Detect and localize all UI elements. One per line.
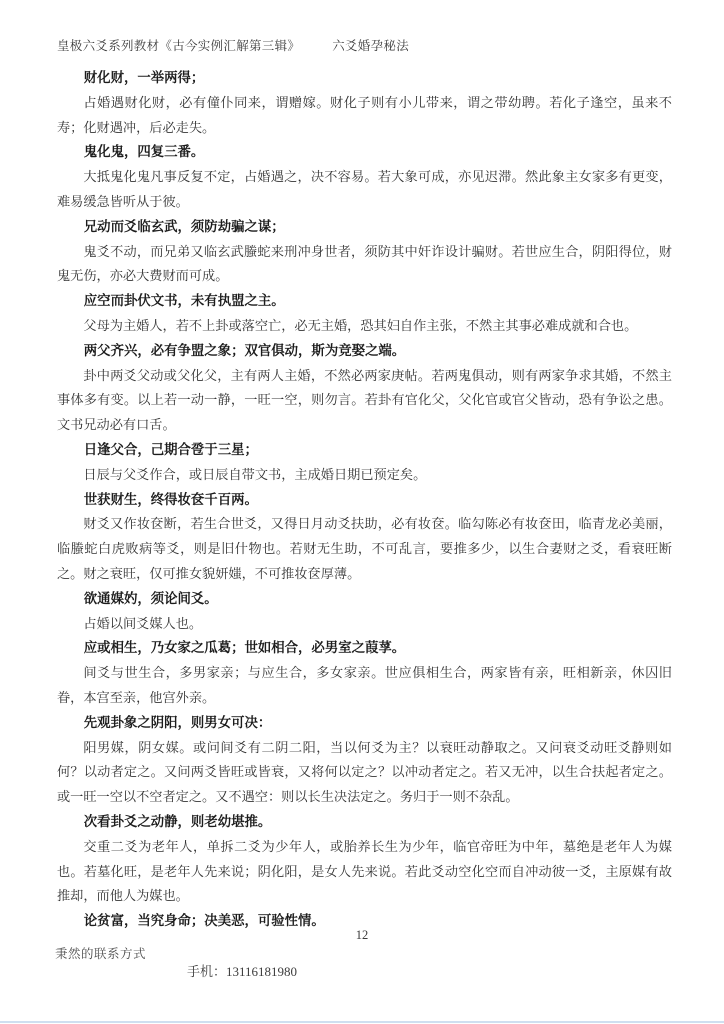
section: 应空而卦伏文书，未有执盟之主。 父母为主婚人，若不上卦或落空亡，必无主婚，恐其妇… <box>57 289 672 339</box>
phone-number: 手机：13116181980 <box>187 961 297 980</box>
section: 世获财生，终得妆奁千百两。 财爻又作妆奁断，若生合世爻，又得日月动爻扶助，必有妆… <box>57 488 672 587</box>
section-paragraph: 日辰与父爻作合，或日辰自带文书，主成婚日期已预定矣。 <box>57 463 672 488</box>
section-heading: 应或相生，乃女家之瓜葛；世如相合，必男室之葭莩。 <box>57 636 672 661</box>
section-heading: 次看卦爻之动静，则老幼堪推。 <box>57 810 672 835</box>
section-paragraph: 间爻与世生合，多男家亲；与应生合，多女家亲。世应俱相生合，两家皆有亲，旺相新亲，… <box>57 661 672 711</box>
section: 欲通媒妁，须论间爻。 占婚以间爻媒人也。 <box>57 587 672 637</box>
section-paragraph: 占婚遇财化财，必有僮仆同来，谓赠嫁。财化子则有小儿带来，谓之带幼聘。若化子逢空，… <box>57 91 672 141</box>
section-heading: 欲通媒妁，须论间爻。 <box>57 587 672 612</box>
section-paragraph: 财爻又作妆奁断，若生合世爻，又得日月动爻扶助，必有妆奁。临勾陈必有妆奁田，临青龙… <box>57 512 672 586</box>
section: 次看卦爻之动静，则老幼堪推。 交重二爻为老年人，单拆二爻为少年人，或胎养长生为少… <box>57 810 672 909</box>
section-heading: 世获财生，终得妆奁千百两。 <box>57 488 672 513</box>
section-paragraph: 父母为主婚人，若不上卦或落空亡，必无主婚，恐其妇自作主张，不然主其事必难成就和合… <box>57 314 672 339</box>
section-heading: 财化财，一举两得； <box>57 66 672 91</box>
section-paragraph: 卦中两爻父动或父化父，主有两人主婚，不然必两家庚帖。若两鬼俱动，则有两家争求其婚… <box>57 364 672 438</box>
page-header: 皇极六爻系列教材《古今实例汇解第三辑》 六爻婚孕秘法 <box>0 0 724 54</box>
section: 两父齐兴，必有争盟之象；双官俱动，斯为竞娶之端。 卦中两爻父动或父化父，主有两人… <box>57 339 672 438</box>
bottom-divider <box>0 1021 724 1023</box>
section-heading: 先观卦象之阴阳，则男女可决： <box>57 711 672 736</box>
contact-label: 秉然的联系方式 <box>55 944 146 962</box>
section: 鬼化鬼，四复三番。 大抵鬼化鬼凡事反复不定，占婚遇之，决不容易。若大象可成，亦见… <box>57 140 672 214</box>
document-body: 财化财，一举两得； 占婚遇财化财，必有僮仆同来，谓赠嫁。财化子则有小儿带来，谓之… <box>57 66 672 934</box>
section: 兄动而爻临玄武，须防劫骗之谋； 鬼爻不动，而兄弟又临玄武螣蛇来刑冲身世者，须防其… <box>57 215 672 289</box>
page-number: 12 <box>0 928 724 943</box>
section-paragraph: 占婚以间爻媒人也。 <box>57 612 672 637</box>
section-paragraph: 大抵鬼化鬼凡事反复不定，占婚遇之，决不容易。若大象可成，亦见迟滞。然此象主女家多… <box>57 165 672 215</box>
series-title: 皇极六爻系列教材《古今实例汇解第三辑》 <box>57 36 300 54</box>
section-heading: 鬼化鬼，四复三番。 <box>57 140 672 165</box>
section-heading: 日逢父合，己期合卺于三星； <box>57 438 672 463</box>
section: 先观卦象之阴阳，则男女可决： 阳男媒，阴女媒。或问间爻有二阴二阳，当以何爻为主？… <box>57 711 672 810</box>
section: 应或相生，乃女家之瓜葛；世如相合，必男室之葭莩。 间爻与世生合，多男家亲；与应生… <box>57 636 672 710</box>
section-heading: 两父齐兴，必有争盟之象；双官俱动，斯为竞娶之端。 <box>57 339 672 364</box>
section-paragraph: 鬼爻不动，而兄弟又临玄武螣蛇来刑冲身世者，须防其中奸诈设计骗财。若世应生合，阴阳… <box>57 240 672 290</box>
section-heading: 应空而卦伏文书，未有执盟之主。 <box>57 289 672 314</box>
section-paragraph: 交重二爻为老年人，单拆二爻为少年人，或胎养长生为少年，临官帝旺为中年，墓绝是老年… <box>57 835 672 909</box>
section-heading: 兄动而爻临玄武，须防劫骗之谋； <box>57 215 672 240</box>
section: 财化财，一举两得； 占婚遇财化财，必有僮仆同来，谓赠嫁。财化子则有小儿带来，谓之… <box>57 66 672 140</box>
section-paragraph: 阳男媒，阴女媒。或问间爻有二阴二阳，当以何爻为主？以衰旺动静取之。又问衰爻动旺爻… <box>57 736 672 810</box>
section: 日逢父合，己期合卺于三星； 日辰与父爻作合，或日辰自带文书，主成婚日期已预定矣。 <box>57 438 672 488</box>
book-title: 六爻婚孕秘法 <box>332 36 409 54</box>
